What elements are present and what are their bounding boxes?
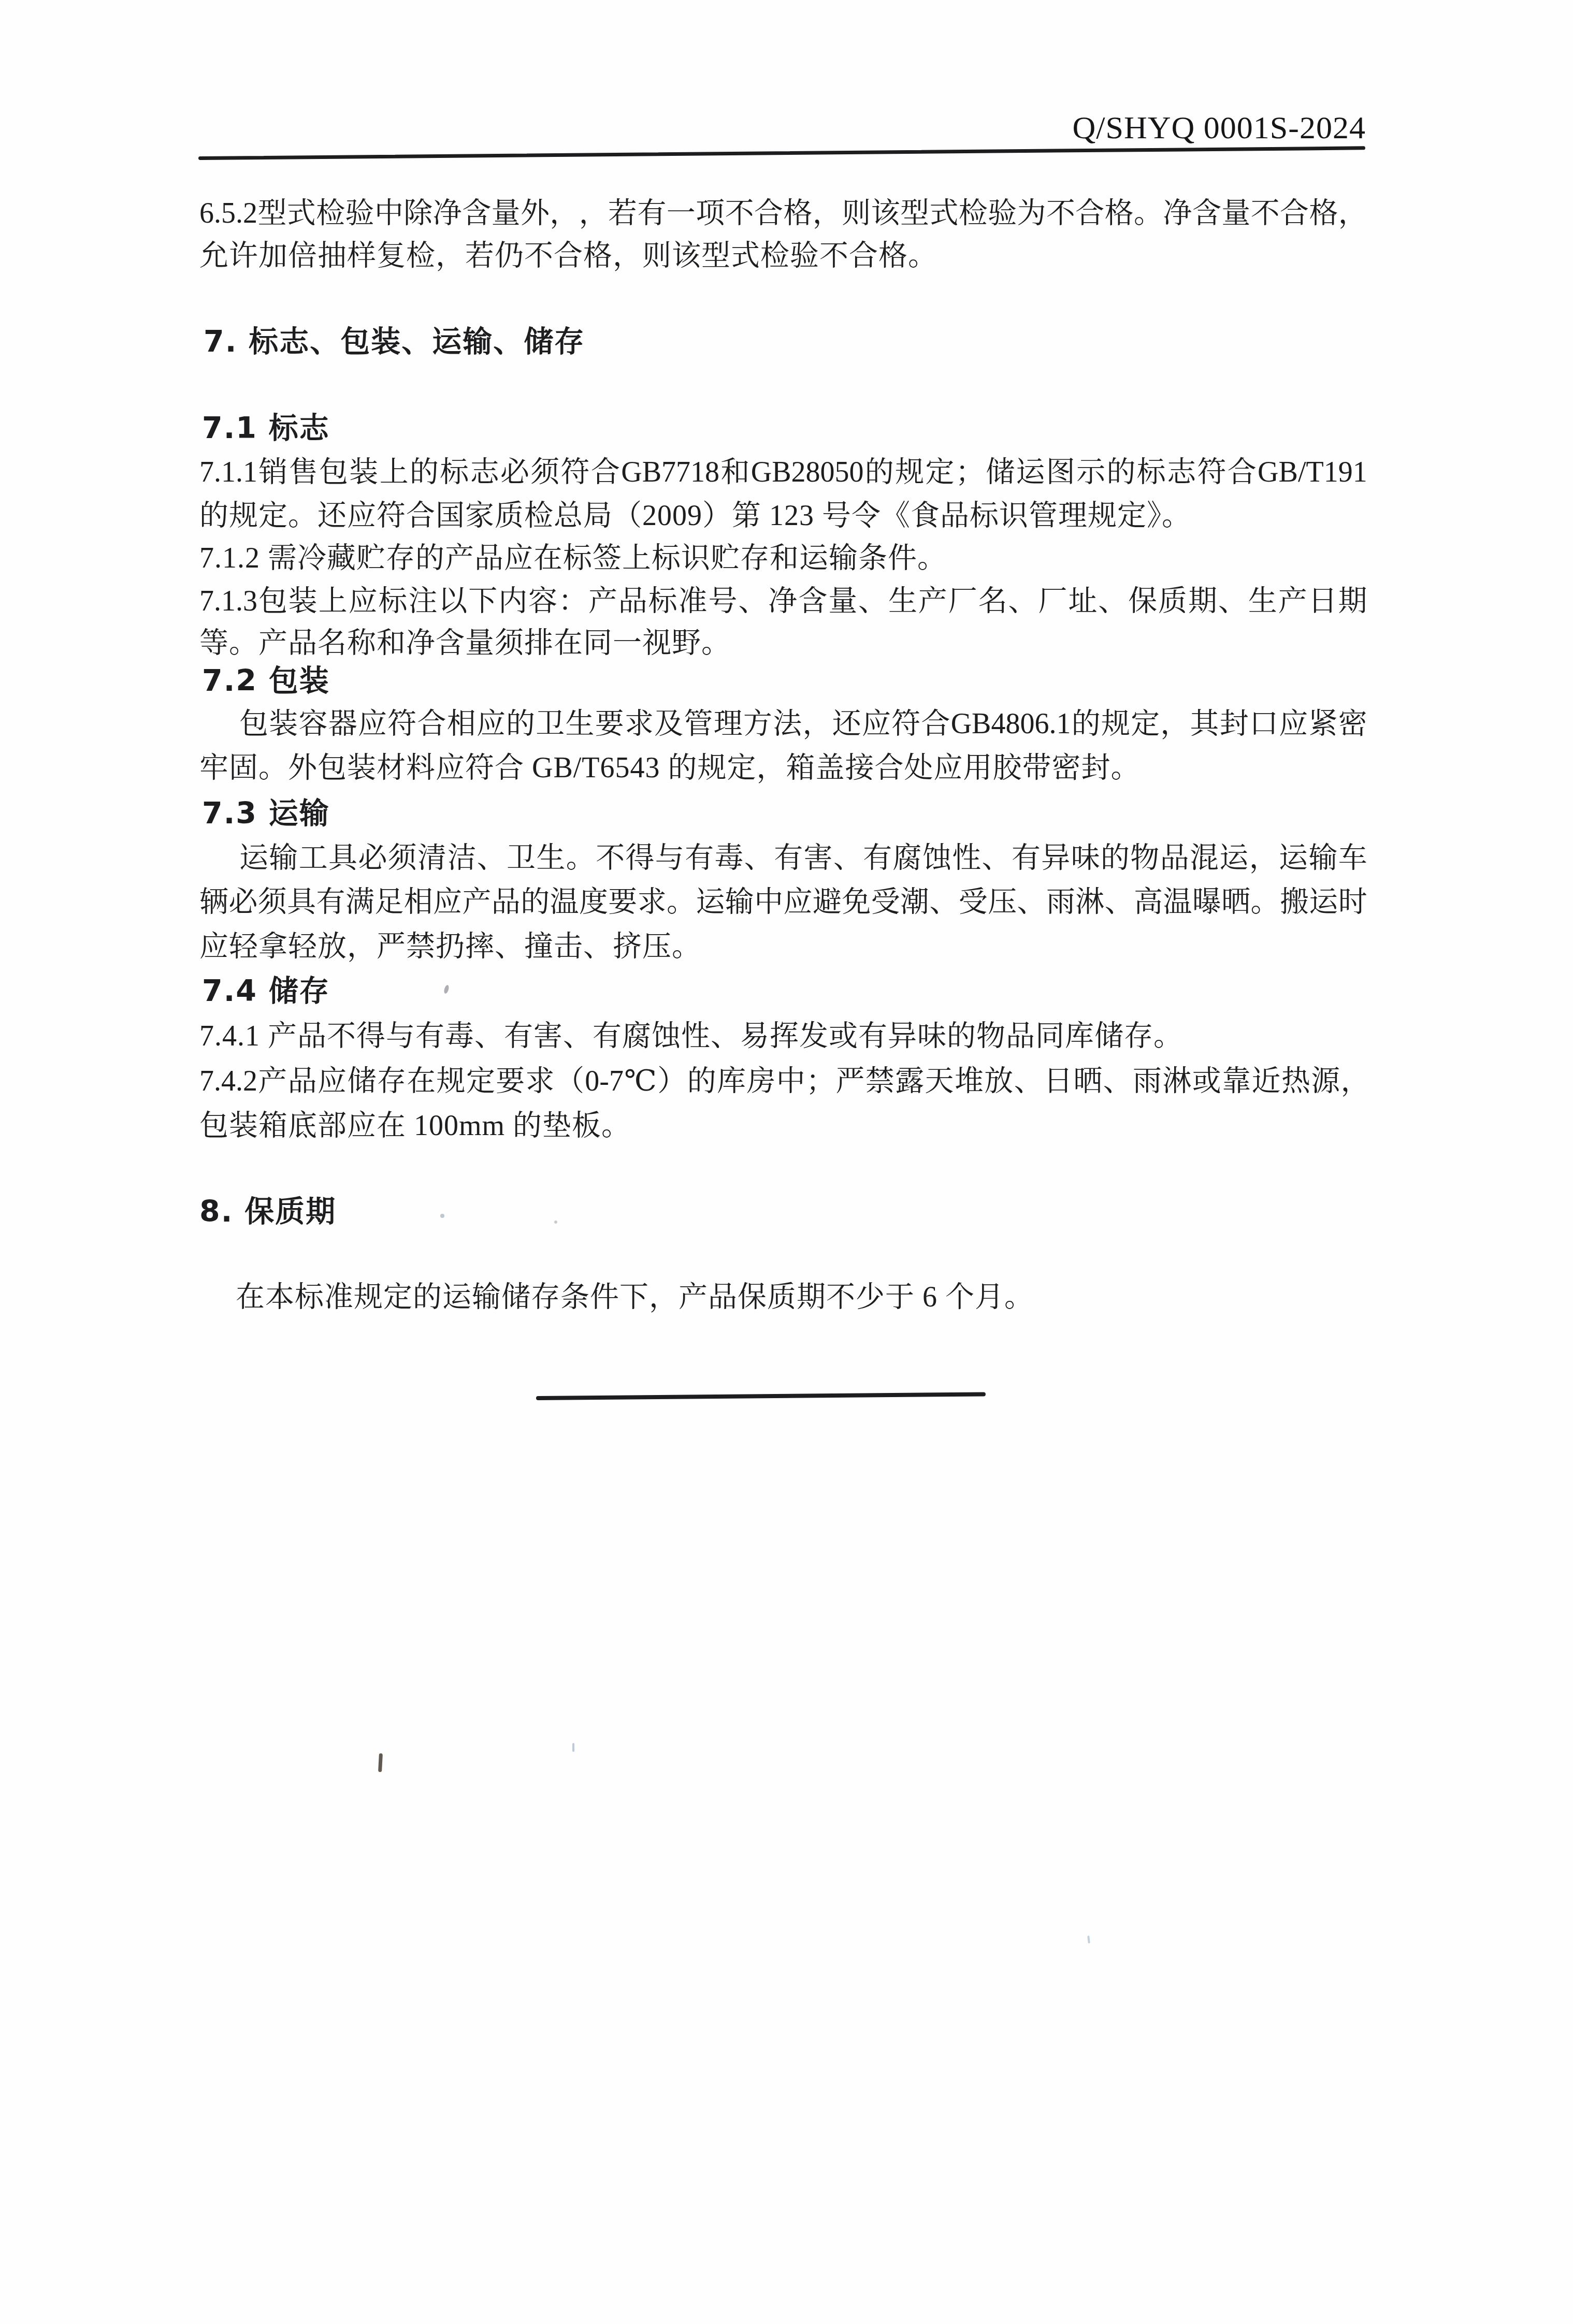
clause-7-4-1: 7.4.1 产品不得与有毒、有害、有腐蚀性、易挥发或有异味的物品同库储存。	[199, 1014, 1183, 1058]
clause-7-1-3-line-1: 7.1.3包装上应标注以下内容：产品标准号、净含量、生产厂名、厂址、保质期、生产…	[199, 579, 1367, 623]
section-7-3-heading: 7.3 运输	[202, 792, 330, 835]
section-7-2-heading: 7.2 包装	[202, 659, 330, 703]
scan-speck	[572, 1743, 574, 1752]
clause-6-5-2-line-2: 允许加倍抽样复检，若仍不合格，则该型式检验不合格。	[199, 234, 937, 278]
clause-7-2-line-1: 包装容器应符合相应的卫生要求及管理方法，还应符合GB4806.1的规定，其封口应…	[239, 702, 1367, 746]
header-doc-number: Q/SHYQ 0001S-2024	[1073, 110, 1366, 147]
clause-7-1-3-line-2: 等。产品名称和净含量须排在同一视野。	[199, 621, 731, 665]
clause-8-body: 在本标准规定的运输储存条件下，产品保质期不少于 6 个月。	[236, 1275, 1034, 1319]
scan-speck	[443, 984, 450, 994]
clause-7-3-line-2: 辆必须具有满足相应产品的温度要求。运输中应避免受潮、受压、雨淋、高温曝晒。搬运时	[199, 880, 1367, 924]
clause-7-1-1-line-1: 7.1.1销售包装上的标志必须符合GB7718和GB28050的规定；储运图示的…	[199, 451, 1367, 494]
clause-7-3-line-1: 运输工具必须清洁、卫生。不得与有毒、有害、有腐蚀性、有异味的物品混运，运输车	[239, 836, 1367, 880]
section-7-heading: 7. 标志、包装、运输、储存	[204, 320, 585, 364]
end-of-document-rule	[536, 1392, 986, 1400]
section-7-4-heading: 7.4 储存	[202, 969, 330, 1013]
clause-7-4-2-line-2: 包装箱底部应在 100mm 的垫板。	[199, 1104, 631, 1148]
scan-speck	[378, 1753, 383, 1772]
clause-7-1-1-line-2: 的规定。还应符合国家质检总局（2009）第 123 号令《食品标识管理规定》。	[199, 494, 1191, 538]
section-8-heading: 8. 保质期	[199, 1190, 336, 1233]
scan-speck	[554, 1221, 557, 1224]
scanned-document-page: Q/SHYQ 0001S-2024 6.5.2型式检验中除净含量外，，若有一项不…	[0, 0, 1573, 2324]
section-7-1-heading: 7.1 标志	[202, 406, 330, 450]
clause-7-1-2: 7.1.2 需冷藏贮存的产品应在标签上标识贮存和运输条件。	[199, 536, 947, 580]
clause-6-5-2-line-1: 6.5.2型式检验中除净含量外，，若有一项不合格，则该型式检验为不合格。净含量不…	[199, 192, 1367, 235]
scan-speck	[440, 1214, 444, 1218]
header-rule	[198, 146, 1365, 160]
clause-7-4-2-line-1: 7.4.2产品应储存在规定要求（0-7℃）的库房中；严禁露天堆放、日晒、雨淋或靠…	[199, 1059, 1370, 1103]
clause-7-3-line-3: 应轻拿轻放，严禁扔摔、撞击、挤压。	[199, 925, 701, 968]
clause-7-2-line-2: 牢固。外包装材料应符合 GB/T6543 的规定，箱盖接合处应用胶带密封。	[199, 746, 1141, 790]
scan-speck	[1087, 1936, 1090, 1943]
